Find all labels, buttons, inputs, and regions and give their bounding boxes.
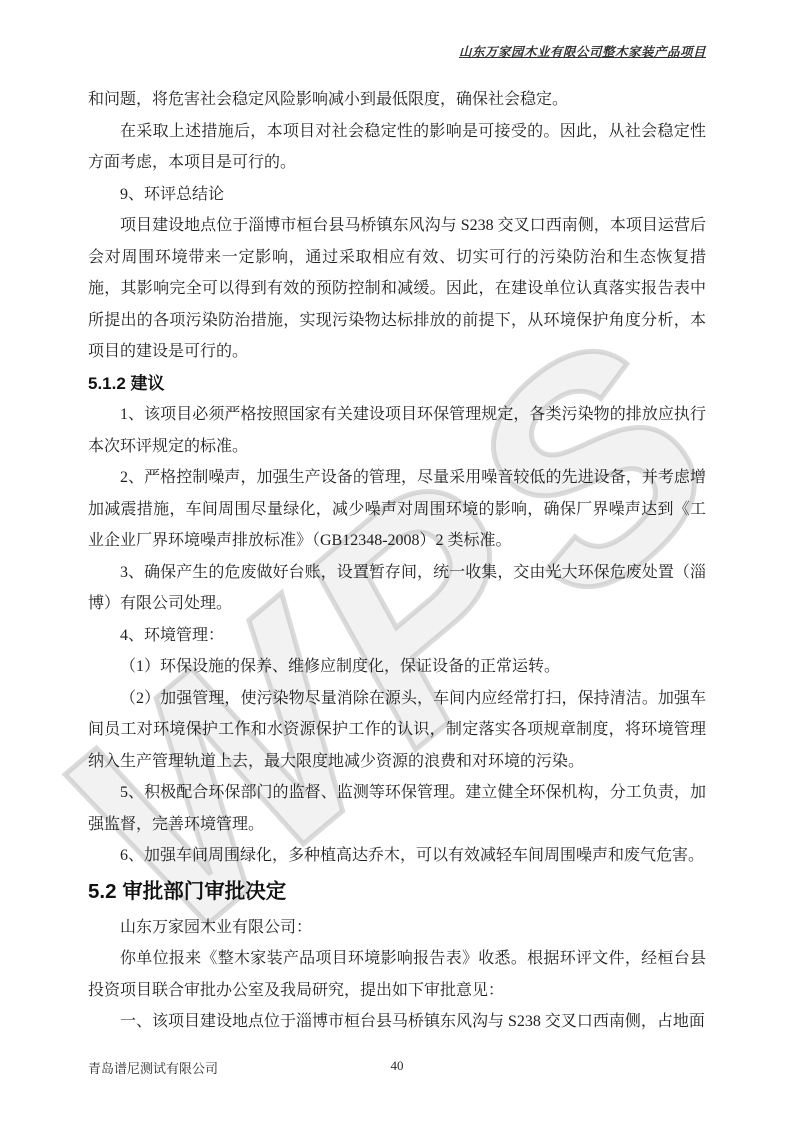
paragraph: 在采取上述措施后，本项目对社会稳定性的影响是可接受的。因此，从社会稳定性方面考虑…: [88, 116, 706, 179]
list-item-1: 1、该项目必须严格按照国家有关建设项目环保管理规定，各类污染物的排放应执行本次环…: [88, 399, 706, 462]
list-item-4: 4、环境管理：: [88, 620, 706, 652]
sub-item-1: （1）环保设施的保养、维修应制度化，保证设备的正常运转。: [88, 651, 706, 683]
footer-page-number: 40: [88, 1058, 706, 1074]
list-item-6: 6、加强车间周围绿化，多种植高达乔木，可以有效减轻车间周围噪声和废气危害。: [88, 840, 706, 872]
document-page: 山东万家园木业有限公司整木家装产品项目 WPS 和问题，将危害社会稳定风险影响减…: [0, 0, 793, 1122]
sub-item-2: （2）加强管理，使污染物尽量消除在源头，车间内应经常打扫，保持清洁。加强车间员工…: [88, 683, 706, 778]
paragraph: 项目建设地点位于淄博市桓台县马桥镇东风沟与 S238 交叉口西南侧，本项目运营后…: [88, 210, 706, 368]
section-heading-5-1-2: 5.1.2 建议: [88, 368, 706, 400]
list-item-5: 5、积极配合环保部门的监督、监测等环保管理。建立健全环保机构，分工负责，加强监督…: [88, 777, 706, 840]
page-header-project-title: 山东万家园木业有限公司整木家装产品项目: [459, 42, 706, 60]
paragraph-continuation: 和问题，将危害社会稳定风险影响减小到最低限度，确保社会稳定。: [88, 84, 706, 116]
paragraph-addressee: 山东万家园木业有限公司：: [88, 912, 706, 944]
document-body: 和问题，将危害社会稳定风险影响减小到最低限度，确保社会稳定。 在采取上述措施后，…: [88, 84, 706, 1038]
list-item-9-conclusion: 9、环评总结论: [88, 179, 706, 211]
paragraph: 你单位报来《整木家装产品项目环境影响报告表》收悉。根据环评文件，经桓台县投资项目…: [88, 943, 706, 1006]
list-item-2: 2、严格控制噪声，加强生产设备的管理，尽量采用噪音较低的先进设备，并考虑增加减震…: [88, 462, 706, 557]
paragraph-approval-item-1: 一、该项目建设地点位于淄博市桓台县马桥镇东风沟与 S238 交叉口西南侧，占地面: [88, 1006, 706, 1038]
list-item-3: 3、确保产生的危废做好台账，设置暂存间，统一收集，交由光大环保危废处置（淄博）有…: [88, 557, 706, 620]
section-heading-5-2: 5.2 审批部门审批决定: [88, 872, 706, 912]
